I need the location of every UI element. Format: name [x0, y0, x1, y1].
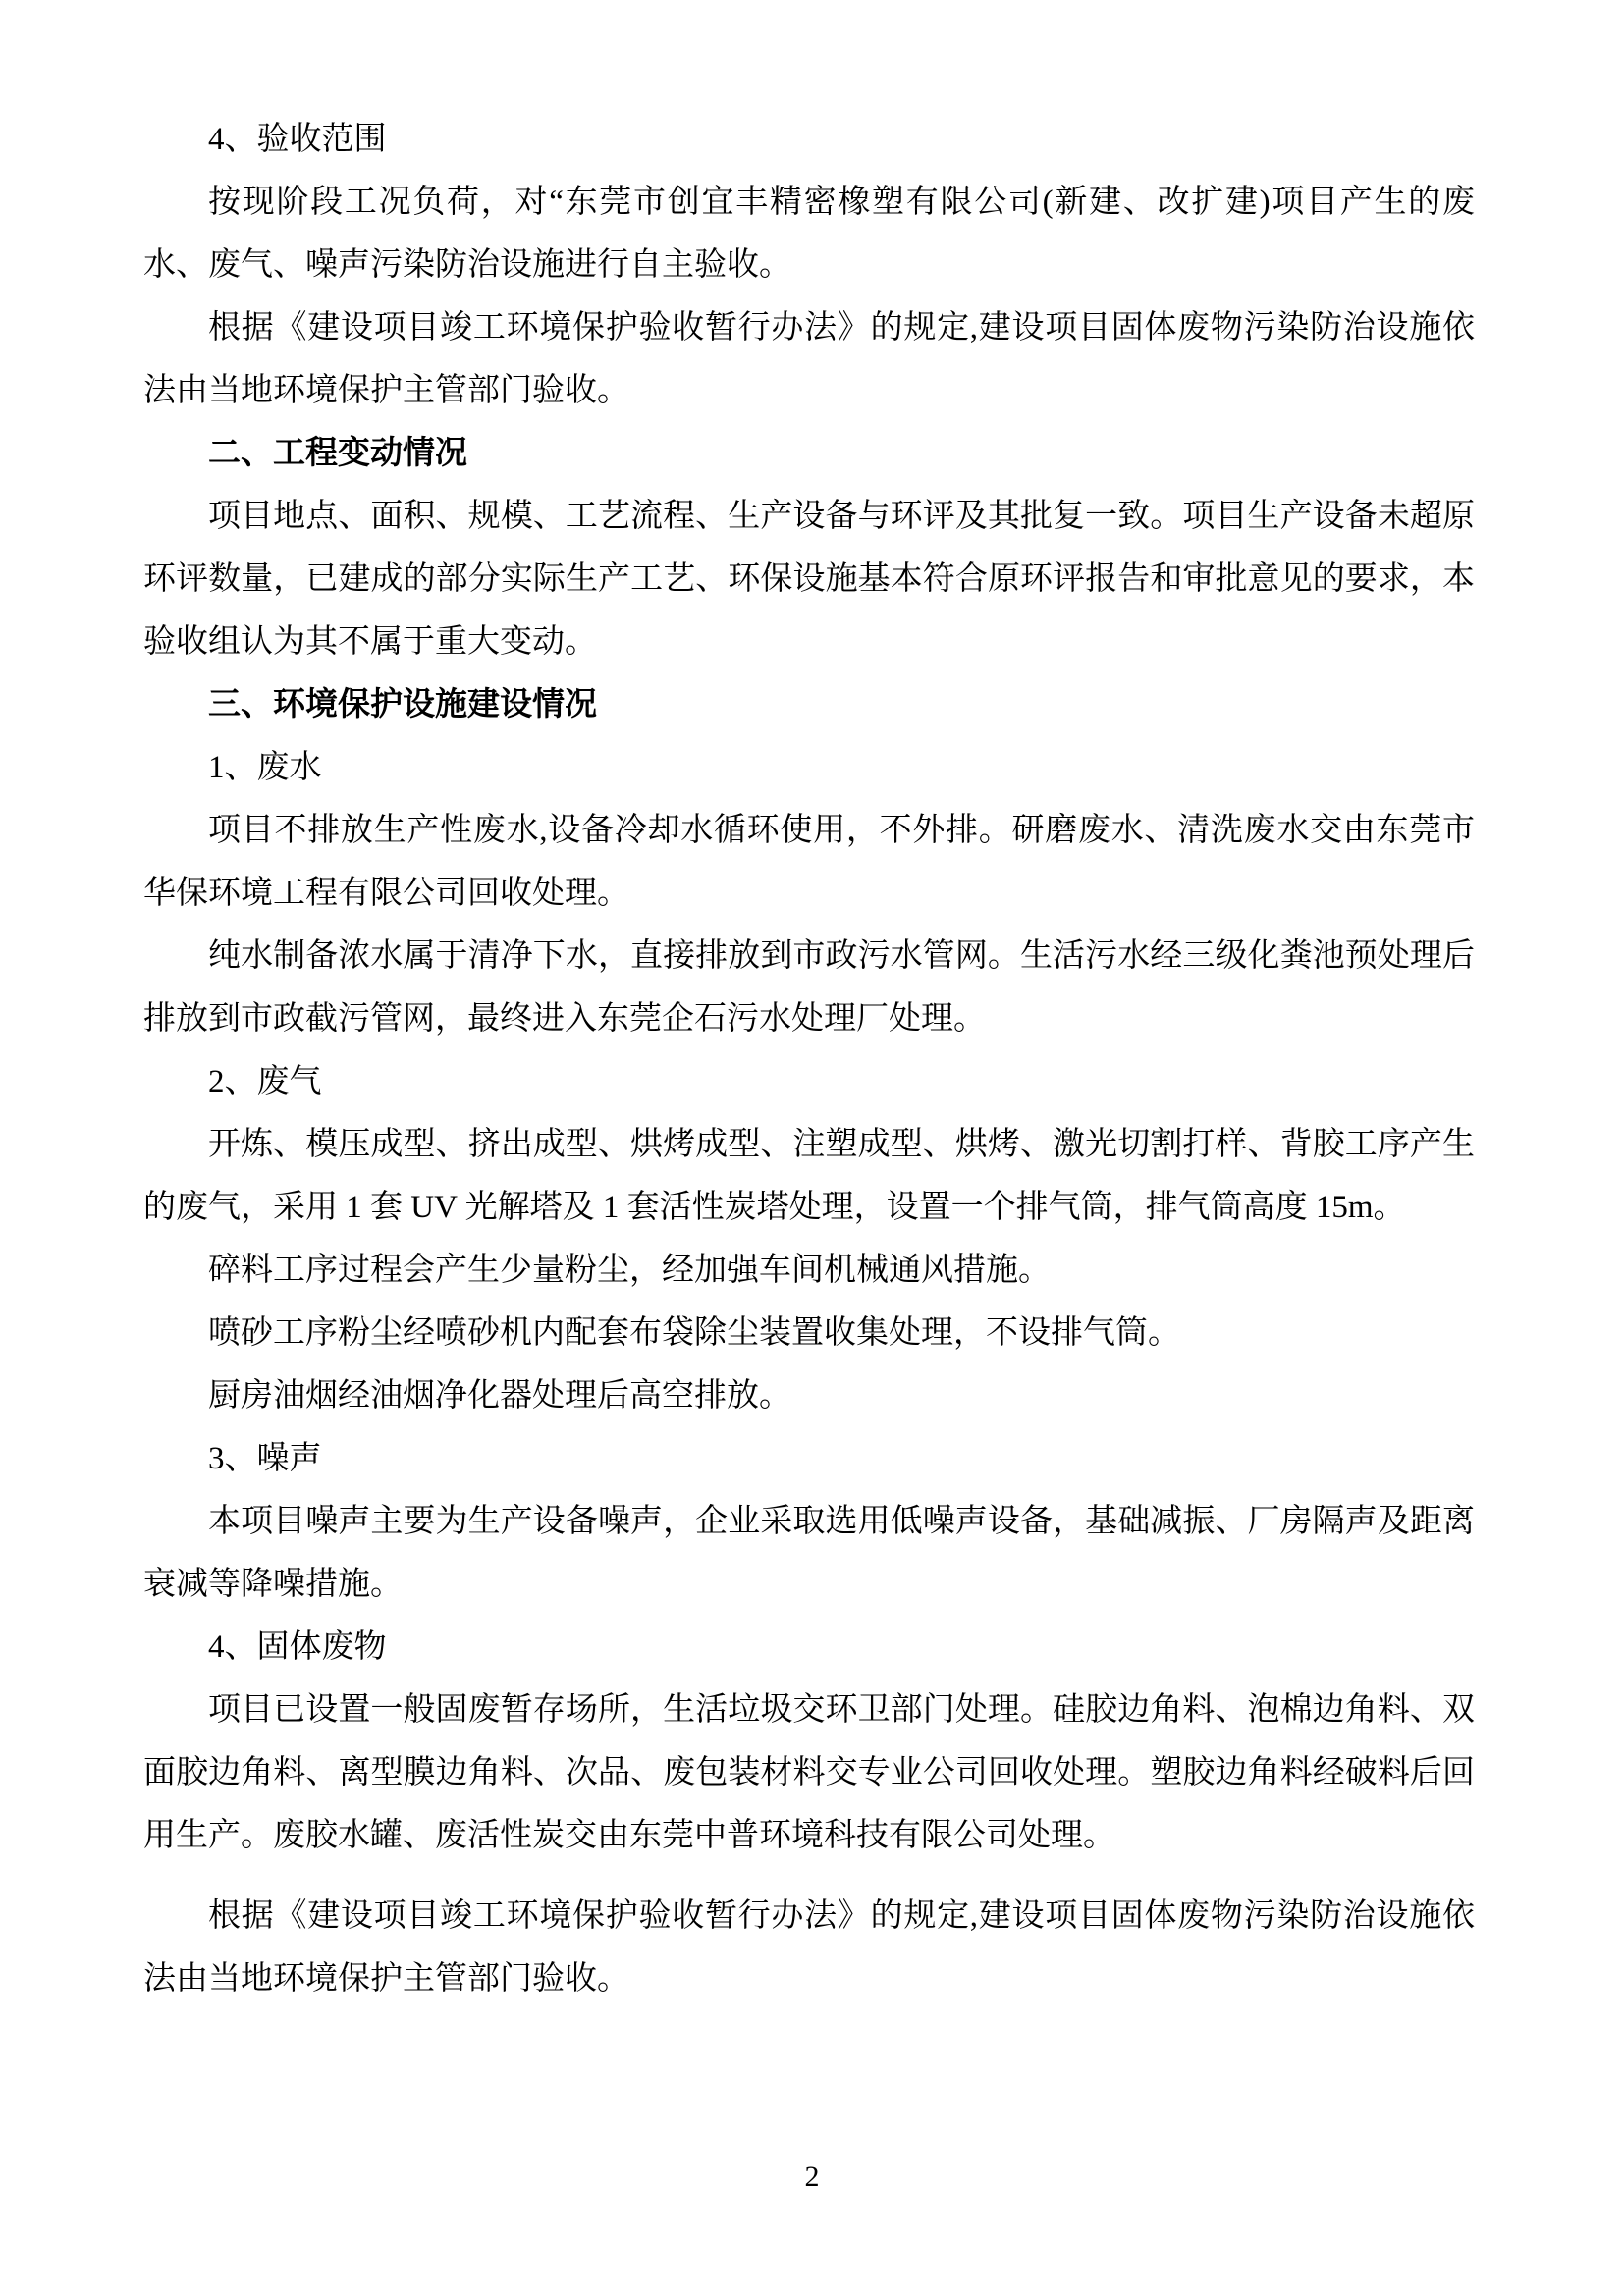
- section-heading: 三、环境保护设施建设情况: [143, 673, 1475, 736]
- sub-item-heading: 3、噪声: [143, 1427, 1475, 1490]
- paragraph: 项目地点、面积、规模、工艺流程、生产设备与环评及其批复一致。项目生产设备未超原环…: [143, 485, 1475, 673]
- paragraph: 根据《建设项目竣工环境保护验收暂行办法》的规定,建设项目固体废物污染防治设施依法…: [143, 1885, 1475, 2010]
- section-heading: 二、工程变动情况: [143, 422, 1475, 485]
- sub-item-heading: 2、废气: [143, 1050, 1475, 1113]
- paragraph: 碎料工序过程会产生少量粉尘，经加强车间机械通风措施。: [143, 1239, 1475, 1302]
- paragraph: 纯水制备浓水属于清净下水，直接排放到市政污水管网。生活污水经三级化粪池预处理后排…: [143, 925, 1475, 1050]
- document-body: 4、验收范围按现阶段工况负荷，对“东莞市创宜丰精密橡塑有限公司(新建、改扩建)项…: [143, 108, 1475, 2010]
- paragraph: 项目已设置一般固废暂存场所，生活垃圾交环卫部门处理。硅胶边角料、泡棉边角料、双面…: [143, 1679, 1475, 1867]
- paragraph: 根据《建设项目竣工环境保护验收暂行办法》的规定,建设项目固体废物污染防治设施依法…: [143, 296, 1475, 422]
- sub-item-heading: 4、固体废物: [143, 1616, 1475, 1679]
- paragraph: 本项目噪声主要为生产设备噪声，企业采取选用低噪声设备，基础减振、厂房隔声及距离衰…: [143, 1490, 1475, 1616]
- paragraph: 开炼、模压成型、挤出成型、烘烤成型、注塑成型、烘烤、激光切割打样、背胶工序产生的…: [143, 1113, 1475, 1239]
- page-footer: 2: [0, 2158, 1624, 2197]
- sub-item-heading: 4、验收范围: [143, 108, 1475, 171]
- document-page: 4、验收范围按现阶段工况负荷，对“东莞市创宜丰精密橡塑有限公司(新建、改扩建)项…: [0, 0, 1624, 2296]
- paragraph: 喷砂工序粉尘经喷砂机内配套布袋除尘装置收集处理，不设排气筒。: [143, 1302, 1475, 1364]
- paragraph: 厨房油烟经油烟净化器处理后高空排放。: [143, 1364, 1475, 1427]
- paragraph: 项目不排放生产性废水,设备冷却水循环使用，不外排。研磨废水、清洗废水交由东莞市华…: [143, 799, 1475, 925]
- paragraph: 按现阶段工况负荷，对“东莞市创宜丰精密橡塑有限公司(新建、改扩建)项目产生的废水…: [143, 171, 1475, 296]
- sub-item-heading: 1、废水: [143, 736, 1475, 799]
- page-number: 2: [805, 2161, 820, 2193]
